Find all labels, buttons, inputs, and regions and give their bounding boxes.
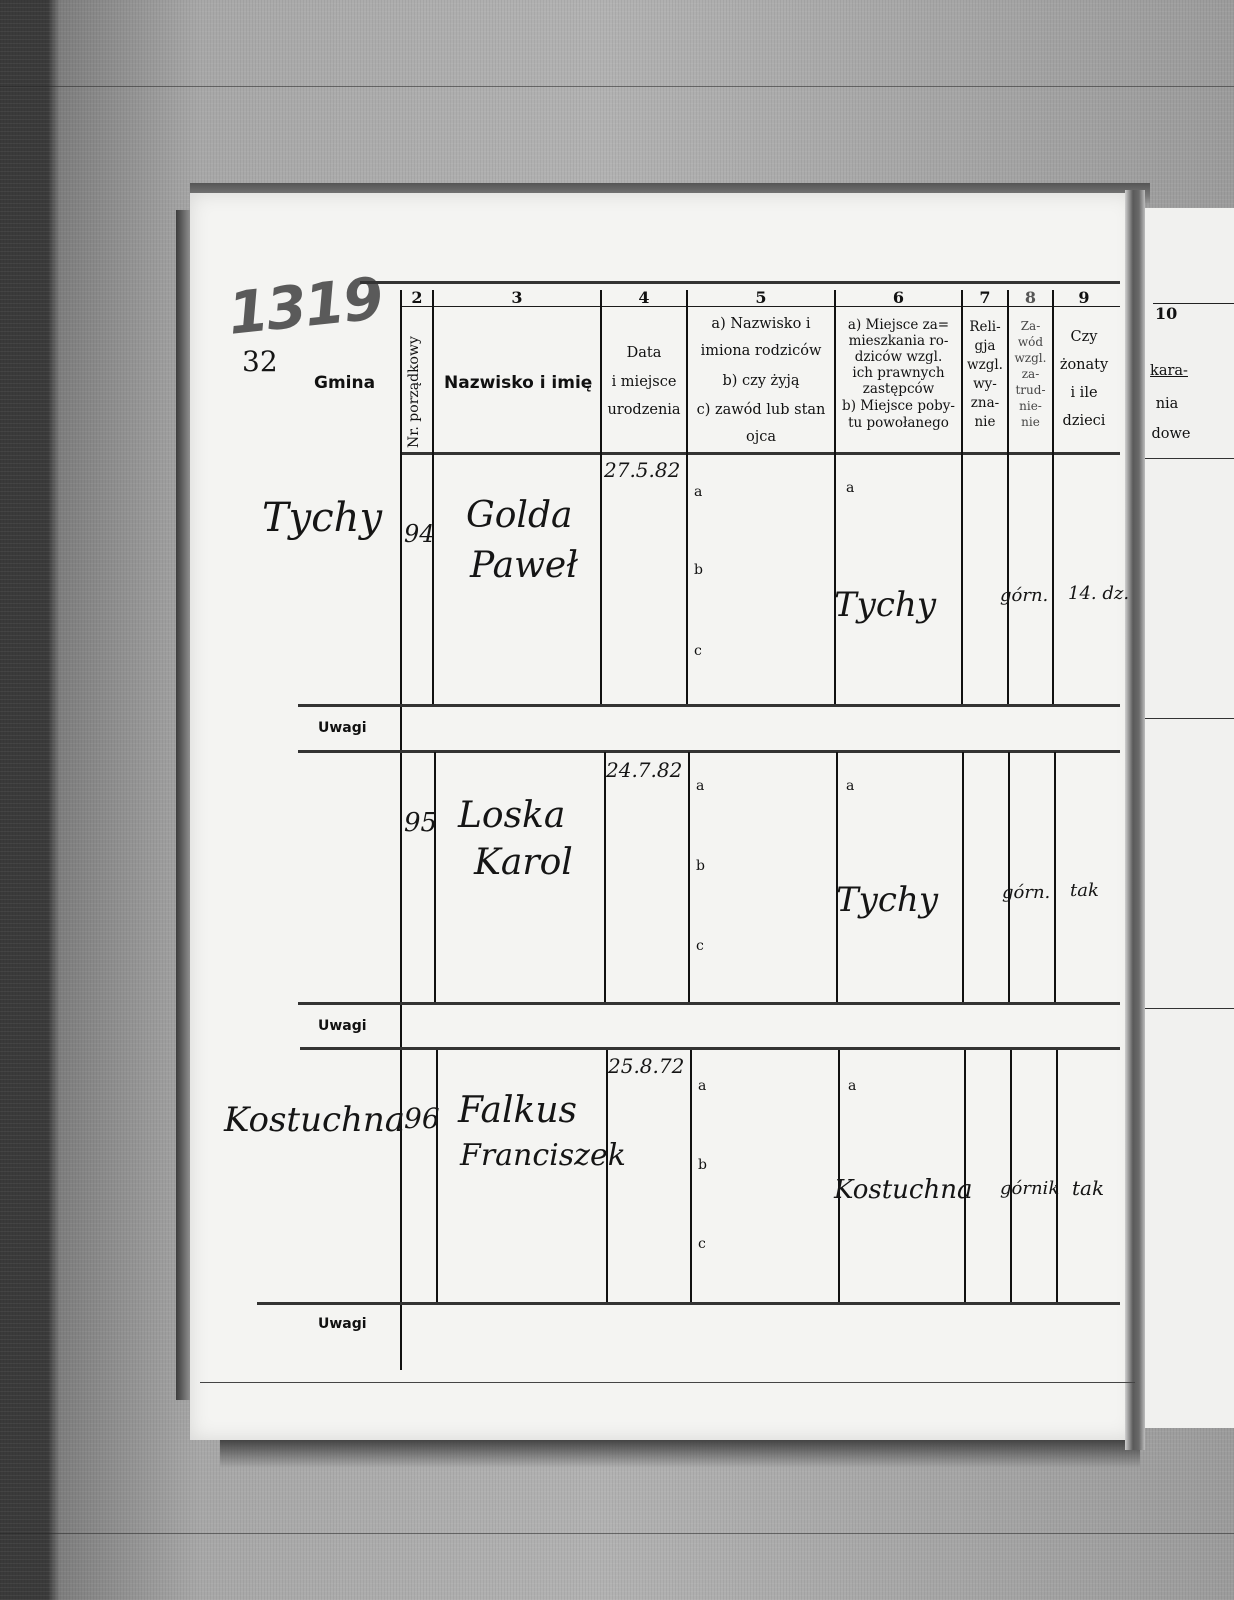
- header-zawod-1: Za-: [1009, 318, 1052, 334]
- header-bottom-rule: [400, 452, 1120, 455]
- entry-surname: Golda: [466, 495, 572, 536]
- header-religia-4: wy-: [963, 375, 1007, 394]
- header-miejsce-4: ich prawnych: [836, 366, 961, 381]
- column-divider: [604, 752, 606, 1002]
- header-zawod: Za- wód wzgl. za- trud- nie- nie: [1009, 318, 1052, 430]
- entry-surname: Falkus: [458, 1090, 577, 1131]
- header-rodzice-c2: ojca: [688, 429, 834, 446]
- column-divider: [1054, 752, 1056, 1002]
- sub-label-b: b: [694, 562, 703, 578]
- header-nazwisko-imie: Nazwisko i imię: [444, 373, 592, 393]
- sub-label-c: c: [698, 1236, 706, 1252]
- sub-label-a: a: [846, 480, 854, 496]
- table-border: [1145, 718, 1234, 719]
- entry-nr: 96: [404, 1102, 440, 1135]
- header-data-line1: Data: [602, 345, 686, 362]
- header-miejsce-7: tu powołanego: [836, 416, 961, 431]
- header-zonaty-2: żonaty: [1054, 351, 1114, 379]
- column-divider: [434, 752, 436, 1002]
- column-number-6: 6: [836, 288, 961, 307]
- header-zawod-7: nie: [1009, 414, 1052, 430]
- sub-label-b: b: [698, 1157, 707, 1173]
- entry-gmina: Tychy: [262, 495, 382, 541]
- entry-birth-date: 25.8.72: [608, 1054, 684, 1078]
- column-divider: [690, 1050, 692, 1303]
- header-religia-3: wzgl.: [963, 356, 1007, 375]
- header-zawod-4: za-: [1009, 366, 1052, 382]
- header-top-rule: [360, 281, 1120, 284]
- column-divider: [688, 752, 690, 1002]
- column-number-9: 9: [1054, 288, 1114, 307]
- entry-nr: 95: [404, 808, 437, 838]
- table-border: [1145, 458, 1234, 459]
- header-miejsce-1: a) Miejsce za=: [836, 318, 961, 333]
- entry-married: tak: [1070, 880, 1099, 901]
- column-divider: [1010, 1050, 1012, 1303]
- row-rule: [300, 1047, 1120, 1050]
- next-page-header-1: kara-: [1139, 363, 1199, 380]
- sub-label-c: c: [696, 938, 704, 954]
- column-number-10: 10: [1155, 304, 1185, 323]
- adjacent-page: 10 kara- nia dowe: [1145, 208, 1234, 1428]
- column-divider: [400, 290, 402, 1370]
- entry-surname: Loska: [458, 795, 565, 836]
- scan-artifact-line: [0, 86, 1234, 87]
- header-rodzice-a2: imiona rodziców: [688, 343, 834, 360]
- sub-label-a: a: [694, 484, 702, 500]
- sub-label-a: a: [848, 1078, 856, 1094]
- header-rodzice-a: a) Nazwisko i: [688, 316, 834, 333]
- column-divider: [1056, 1050, 1058, 1303]
- row-rule: [298, 704, 1120, 707]
- entry-first-name: Franciszek: [460, 1138, 626, 1173]
- column-number-8: 8: [1009, 288, 1052, 307]
- header-miejsce-5: zastępców: [836, 382, 961, 397]
- header-gmina: Gmina: [314, 373, 375, 393]
- header-religia-1: Reli-: [963, 318, 1007, 337]
- column-number-2: 2: [402, 288, 432, 307]
- header-zonaty-1: Czy: [1054, 323, 1114, 351]
- row-rule: [298, 750, 1120, 753]
- page-bottom-rule: [200, 1382, 1135, 1383]
- entry-occupation: górn.: [1000, 585, 1048, 606]
- sub-label-a: a: [696, 778, 704, 794]
- next-page-header-3: dowe: [1141, 426, 1201, 443]
- entry-occupation: górn.: [1002, 882, 1050, 903]
- page-number: 32: [242, 345, 278, 378]
- header-zonaty-3: i ile: [1054, 379, 1114, 407]
- header-rodzice-c: c) zawód lub stan: [688, 402, 834, 419]
- scan-artifact-line: [0, 1533, 1234, 1534]
- header-miejsce-3: dziców wzgl.: [836, 350, 961, 365]
- header-miejsce-2: mieszkania ro-: [836, 334, 961, 349]
- column-number-5: 5: [688, 288, 834, 307]
- page-shadow: [220, 1440, 1140, 1468]
- column-number-7: 7: [963, 288, 1007, 307]
- sub-label-b: b: [696, 858, 705, 874]
- header-religia: Reli- gja wzgl. wy- zna- nie: [963, 318, 1007, 432]
- entry-first-name: Karol: [474, 842, 573, 883]
- uwagi-label: Uwagi: [318, 1018, 367, 1034]
- column-divider: [432, 290, 434, 707]
- row-rule: [298, 1002, 1120, 1005]
- column-number-3: 3: [434, 288, 600, 307]
- header-zonaty-4: dzieci: [1054, 407, 1114, 435]
- header-zawod-6: nie-: [1009, 398, 1052, 414]
- uwagi-label: Uwagi: [318, 1316, 367, 1332]
- sub-label-a: a: [846, 778, 854, 794]
- row-rule: [257, 1302, 1120, 1305]
- entry-nr: 94: [404, 520, 435, 548]
- entry-residence: Tychy: [836, 880, 938, 920]
- column-number-4: 4: [602, 288, 686, 307]
- header-data-line3: urodzenia: [602, 402, 686, 419]
- header-nr-porzadkowy: Nr. porządkowy: [406, 336, 422, 448]
- page-fold: [1125, 190, 1145, 1450]
- column-divider: [836, 752, 838, 1002]
- column-divider: [606, 1050, 608, 1303]
- entry-birth-date: 24.7.82: [606, 758, 682, 782]
- next-page-header-2: nia: [1137, 396, 1197, 413]
- uwagi-label: Uwagi: [318, 720, 367, 736]
- entry-occupation: górnik: [1000, 1178, 1059, 1199]
- entry-married: tak: [1072, 1176, 1104, 1200]
- entry-residence: Tychy: [834, 585, 936, 625]
- entry-birth-date: 27.5.82: [604, 458, 680, 482]
- header-data-line2: i miejsce: [602, 374, 686, 391]
- header-zonaty: Czy żonaty i ile dzieci: [1054, 323, 1114, 435]
- entry-married: 14. dz.: [1068, 583, 1129, 604]
- column-divider: [1008, 752, 1010, 1002]
- header-zawod-5: trud-: [1009, 382, 1052, 398]
- sub-label-a: a: [698, 1078, 706, 1094]
- header-religia-6: nie: [963, 413, 1007, 432]
- column-divider: [962, 752, 964, 1002]
- header-zawod-3: wzgl.: [1009, 350, 1052, 366]
- entry-first-name: Paweł: [470, 545, 578, 586]
- table-border: [1145, 1008, 1234, 1009]
- sub-label-c: c: [694, 643, 702, 659]
- header-rodzice-b: b) czy żyją: [688, 373, 834, 390]
- column-divider: [436, 1050, 438, 1303]
- entry-residence: Kostuchna: [834, 1175, 972, 1205]
- header-religia-2: gja: [963, 337, 1007, 356]
- header-religia-5: zna-: [963, 394, 1007, 413]
- header-miejsce-6: b) Miejsce poby-: [836, 399, 961, 414]
- header-zawod-2: wód: [1009, 334, 1052, 350]
- entry-gmina: Kostuchna: [224, 1100, 405, 1140]
